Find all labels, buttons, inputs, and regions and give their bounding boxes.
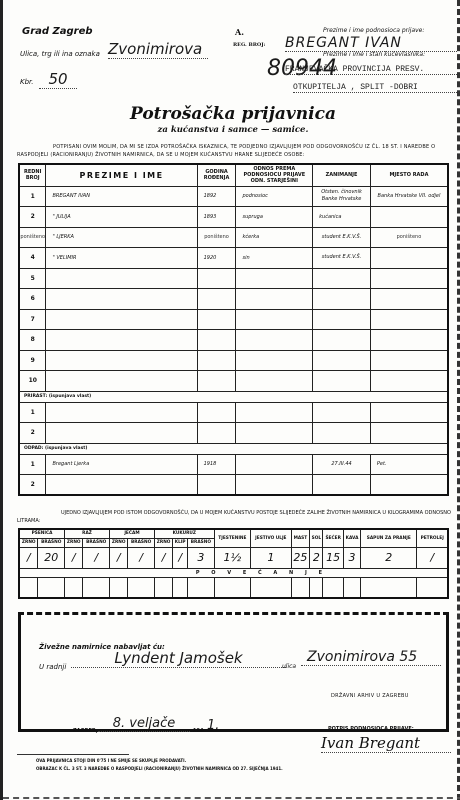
name-cell[interactable]: " VELIMIR xyxy=(46,248,197,269)
name-cell[interactable] xyxy=(46,475,197,496)
col-salt: SOL xyxy=(310,529,323,547)
workplace-cell[interactable] xyxy=(370,423,448,444)
name-cell[interactable] xyxy=(46,423,197,444)
row-number: 2 xyxy=(19,475,46,496)
owner-label: Prezime i ime i stan kućevlasnika: xyxy=(323,51,425,58)
col-header-name: PREZIME I IME xyxy=(46,164,197,186)
sub-grain: ZRNO xyxy=(154,538,172,547)
name-cell[interactable] xyxy=(46,289,197,310)
street-label: Ulica, trg ili ina oznaka xyxy=(20,50,100,58)
relation-cell[interactable] xyxy=(236,350,313,371)
year-cell[interactable] xyxy=(197,350,236,371)
row-number: 1 xyxy=(19,454,46,475)
supply-increase-cell[interactable] xyxy=(323,577,344,598)
applicant-field[interactable]: BREGANT IVAN xyxy=(285,35,457,52)
relation-cell[interactable]: supruga xyxy=(236,207,313,228)
city-label: Grad Zagreb xyxy=(22,26,93,37)
shop-name-field[interactable]: Lyndent Jamošek xyxy=(71,649,286,668)
workplace-cell[interactable] xyxy=(370,330,448,351)
supply-increase-cell[interactable] xyxy=(128,577,155,598)
page-title: Potrošačka prijavnica xyxy=(3,104,460,124)
supply-value[interactable]: 1½ xyxy=(214,547,250,568)
supply-value[interactable]: / xyxy=(110,547,128,568)
sub-flour: BRAŠNO xyxy=(38,538,65,547)
name-cell[interactable]: BREGANT IVAN xyxy=(46,186,197,207)
col-header-no: REDNI BROJ xyxy=(19,164,46,186)
table-row: 10 xyxy=(19,371,448,392)
row-number: 2 xyxy=(19,207,46,228)
year-cell[interactable] xyxy=(197,402,236,423)
occupation-cell[interactable]: student E.K.V.Š. xyxy=(313,248,371,269)
supply-increase-cell[interactable] xyxy=(173,577,188,598)
house-number-field[interactable]: 50 xyxy=(39,70,77,89)
cancelled-stamp: poništeno xyxy=(19,227,46,248)
year-cell[interactable]: 1918 xyxy=(197,454,236,475)
name-cell[interactable] xyxy=(46,330,197,351)
shop-section: Živežne namirnice nabavljat ću: U radnji… xyxy=(18,612,449,732)
sub-flour: BRAŠNO xyxy=(128,538,155,547)
relation-cell[interactable]: podnosioc xyxy=(236,186,313,207)
year-field[interactable]: 1. xyxy=(207,718,219,733)
year-cell[interactable]: 1893 xyxy=(197,207,236,228)
price-note: OVA PRIJAVNICA STOJI DIN 0'75 I NE SMIJE… xyxy=(36,758,186,763)
supply-value[interactable]: / xyxy=(173,547,188,568)
supply-value[interactable]: / xyxy=(154,547,172,568)
signature-label: POTPIS PODNOSIOCA PRIJAVE: xyxy=(328,726,414,732)
row-number: 10 xyxy=(19,371,46,392)
col-pasta: TJESTENINE xyxy=(214,529,250,547)
year-cell[interactable] xyxy=(197,289,236,310)
supply-value[interactable]: 2 xyxy=(310,547,323,568)
decrease-section-header: ODPAD: (ispunjava vlast) xyxy=(19,443,448,454)
supply-value[interactable]: / xyxy=(83,547,110,568)
occupation-cell[interactable]: kućanica xyxy=(313,207,371,228)
group-barley: JEČAM xyxy=(110,529,155,538)
relation-cell[interactable]: kćerka xyxy=(236,227,313,248)
street-field[interactable]: Zvonimirova xyxy=(108,40,208,59)
year-cell[interactable]: 1920 xyxy=(197,248,236,269)
workplace-cell[interactable] xyxy=(370,475,448,496)
relation-cell[interactable]: sin xyxy=(236,248,313,269)
workplace-cell[interactable] xyxy=(370,268,448,289)
owner-field-line2[interactable]: OTKUPITELJA , SPLIT -DOBRI xyxy=(293,83,457,93)
col-oil: JESTIVO ULJE xyxy=(251,529,291,547)
cancelled-stamp: poništeno xyxy=(370,227,448,248)
table-row: 7 xyxy=(19,309,448,330)
year-cell[interactable] xyxy=(197,371,236,392)
supplies-increase-row xyxy=(19,577,448,598)
group-wheat: PŠENICA xyxy=(19,529,65,538)
name-cell[interactable] xyxy=(46,268,197,289)
date-field[interactable]: 8. veljače xyxy=(98,716,190,732)
occupation-cell[interactable] xyxy=(313,402,371,423)
row-number: 5 xyxy=(19,268,46,289)
supply-value[interactable]: 15 xyxy=(323,547,344,568)
row-number: 9 xyxy=(19,350,46,371)
footnote-divider xyxy=(17,754,129,755)
relation-cell[interactable] xyxy=(236,423,313,444)
year-cell[interactable] xyxy=(197,475,236,496)
workplace-cell[interactable] xyxy=(370,309,448,330)
name-cell[interactable]: " LJERKA xyxy=(46,227,197,248)
increase-label: P O V E Ć A N J E xyxy=(19,568,448,577)
increase-row: 1 xyxy=(19,402,448,423)
supply-increase-cell[interactable] xyxy=(343,577,360,598)
declaration-text: UJEDNO IZJAVLJUJEM POD ISTOM ODGOVORNOŠĆ… xyxy=(17,509,457,525)
col-sugar: ŠEĆER xyxy=(323,529,344,547)
col-header-year: GODINA ROĐENJA xyxy=(197,164,236,186)
supply-increase-cell[interactable] xyxy=(83,577,110,598)
supplies-increase-header: P O V E Ć A N J E xyxy=(19,568,448,577)
table-row: 8 xyxy=(19,330,448,351)
supply-value[interactable]: 20 xyxy=(38,547,65,568)
name-cell[interactable]: Bregant Ljerka xyxy=(46,454,197,475)
workplace-cell[interactable] xyxy=(370,350,448,371)
sub-grain: ZRNO xyxy=(65,538,83,547)
increase-label: PRIRAST: (ispunjava vlast) xyxy=(19,391,448,402)
year-cell[interactable] xyxy=(197,330,236,351)
house-number-label: Kbr. xyxy=(20,78,34,86)
occupation-cell[interactable]: student E.K.V.Š. xyxy=(313,227,371,248)
supply-increase-cell[interactable] xyxy=(110,577,128,598)
year-cell[interactable] xyxy=(197,423,236,444)
household-header-row: REDNI BROJ PREZIME I IME GODINA ROĐENJA … xyxy=(19,164,448,186)
page-subtitle: za kućanstva i samce — samice. xyxy=(3,125,460,135)
sub-grain: ZRNO xyxy=(19,538,38,547)
supply-value[interactable]: 25 xyxy=(291,547,310,568)
signature-field[interactable]: Ivan Bregant xyxy=(321,734,451,753)
place-label: ZAGREB, xyxy=(73,728,98,734)
group-corn: KUKURUZ xyxy=(154,529,214,538)
decrease-row: 1 Bregant Ljerka 1918 27.III.44 Pet. xyxy=(19,454,448,475)
household-table: REDNI BROJ PREZIME I IME GODINA ROĐENJA … xyxy=(18,163,449,496)
archive-stamp: DRŽAVNI ARHIV U ZAGREBU xyxy=(331,693,409,699)
name-cell[interactable] xyxy=(46,402,197,423)
relation-cell[interactable] xyxy=(236,475,313,496)
occupation-cell[interactable] xyxy=(313,330,371,351)
table-row-cancelled: poništeno " LJERKA poništeno kćerka stud… xyxy=(19,227,448,248)
row-number: 1 xyxy=(19,402,46,423)
table-row: 2 " JULIJA 1893 supruga kućanica xyxy=(19,207,448,228)
supply-increase-cell[interactable] xyxy=(251,577,291,598)
table-row: 9 xyxy=(19,350,448,371)
regulation-note: OBRAZAC K ČL. 3 ST. 3 NAREDBE O RASPODJE… xyxy=(36,766,283,771)
increase-row: 2 xyxy=(19,423,448,444)
supply-increase-cell[interactable] xyxy=(291,577,310,598)
workplace-cell[interactable]: Banka Hrvatske VII. odjel xyxy=(370,186,448,207)
supply-value[interactable]: / xyxy=(65,547,83,568)
supply-value[interactable]: 3 xyxy=(188,547,215,568)
supply-increase-cell[interactable] xyxy=(19,577,38,598)
name-cell[interactable]: " JULIJA xyxy=(46,207,197,228)
page-edge xyxy=(3,797,460,799)
workplace-cell[interactable] xyxy=(370,371,448,392)
table-row: 4 " VELIMIR 1920 sin student E.K.V.Š. xyxy=(19,248,448,269)
decrease-label: ODPAD: (ispunjava vlast) xyxy=(19,443,448,454)
occupation-cell[interactable]: Otsten. činovnik Banke Hrvatske xyxy=(313,186,371,207)
series-label: A. xyxy=(235,27,244,37)
occupation-cell[interactable] xyxy=(313,289,371,310)
year-prefix: 194 xyxy=(193,728,203,734)
supply-increase-cell[interactable] xyxy=(38,577,65,598)
shop-street-field[interactable]: Zvonimirova 55 xyxy=(301,649,441,666)
sub-grain: ZRNO xyxy=(110,538,128,547)
table-row: 6 xyxy=(19,289,448,310)
col-header-relation: ODNOS PREMA PODNOSIOCU PRIJAVE ODN. STAR… xyxy=(236,164,313,186)
ration-application-form: Grad Zagreb Ulica, trg ili ina oznaka Zv… xyxy=(0,0,460,800)
year-cell[interactable] xyxy=(197,268,236,289)
sub-flour: BRAŠNO xyxy=(83,538,110,547)
supply-value[interactable]: / xyxy=(19,547,38,568)
supply-value[interactable]: 2 xyxy=(361,547,417,568)
workplace-cell[interactable] xyxy=(370,248,448,269)
relation-cell[interactable] xyxy=(236,268,313,289)
col-lard: MAST xyxy=(291,529,310,547)
supply-increase-cell[interactable] xyxy=(214,577,250,598)
workplace-cell[interactable] xyxy=(370,289,448,310)
sub-flour: BRAŠNO xyxy=(188,538,215,547)
shop-street-label: ulica xyxy=(282,663,296,670)
supply-increase-cell[interactable] xyxy=(188,577,215,598)
workplace-cell[interactable] xyxy=(370,207,448,228)
col-header-workplace: MJESTO RADA xyxy=(370,164,448,186)
supply-value[interactable]: 3 xyxy=(343,547,360,568)
name-cell[interactable] xyxy=(46,371,197,392)
shop-label: U radnji xyxy=(39,663,66,671)
supply-increase-cell[interactable] xyxy=(65,577,83,598)
supply-value[interactable]: / xyxy=(128,547,155,568)
decrease-row: 2 xyxy=(19,475,448,496)
cancelled-stamp: poništeno xyxy=(197,227,236,248)
increase-section-header: PRIRAST: (ispunjava vlast) xyxy=(19,391,448,402)
row-number: 7 xyxy=(19,309,46,330)
supplies-group-row: PŠENICA RAŽ JEČAM KUKURUZ TJESTENINE JES… xyxy=(19,529,448,538)
supply-increase-cell[interactable] xyxy=(361,577,417,598)
occupation-cell[interactable] xyxy=(313,423,371,444)
relation-cell[interactable] xyxy=(236,371,313,392)
reg-number-label: REG. BROJ: xyxy=(233,42,265,48)
supply-increase-cell[interactable] xyxy=(154,577,172,598)
supply-increase-cell[interactable] xyxy=(310,577,323,598)
row-number: 2 xyxy=(19,423,46,444)
sub-cob: KLIP xyxy=(173,538,188,547)
intro-text: POTPISANI OVIM MOLIM, DA MI SE IZDA POTR… xyxy=(17,143,457,159)
supply-value[interactable]: 1 xyxy=(251,547,291,568)
relation-cell[interactable] xyxy=(236,330,313,351)
col-header-occupation: ZANIMANJE xyxy=(313,164,371,186)
relation-cell[interactable] xyxy=(236,289,313,310)
group-rye: RAŽ xyxy=(65,529,110,538)
occupation-cell[interactable] xyxy=(313,371,371,392)
name-cell[interactable] xyxy=(46,350,197,371)
supply-increase-cell[interactable] xyxy=(417,577,448,598)
row-number: 4 xyxy=(19,248,46,269)
row-number: 8 xyxy=(19,330,46,351)
table-row: 5 xyxy=(19,268,448,289)
relation-cell[interactable] xyxy=(236,454,313,475)
table-row: 1 BREGANT IVAN 1892 podnosioc Otsten. či… xyxy=(19,186,448,207)
occupation-cell[interactable] xyxy=(313,475,371,496)
supplies-table: PŠENICA RAŽ JEČAM KUKURUZ TJESTENINE JES… xyxy=(18,528,449,599)
year-cell[interactable]: 1892 xyxy=(197,186,236,207)
relation-cell[interactable] xyxy=(236,309,313,330)
workplace-cell[interactable] xyxy=(370,402,448,423)
occupation-cell[interactable] xyxy=(313,350,371,371)
occupation-cell[interactable]: 27.III.44 xyxy=(313,454,371,475)
workplace-cell[interactable]: Pet. xyxy=(370,454,448,475)
supplies-values-row: / 20 / / / / / / 3 1½ 1 25 2 15 3 2 / xyxy=(19,547,448,568)
row-number: 6 xyxy=(19,289,46,310)
year-cell[interactable] xyxy=(197,309,236,330)
name-cell[interactable] xyxy=(46,309,197,330)
owner-field-line1[interactable]: FRANJEVAČKA PROVINCIJA PRESV. xyxy=(285,65,457,75)
relation-cell[interactable] xyxy=(236,402,313,423)
col-soap: SAPUN ZA PRANJE xyxy=(361,529,417,547)
row-number: 1 xyxy=(19,186,46,207)
col-petroleum: PETROLEJ xyxy=(417,529,448,547)
occupation-cell[interactable] xyxy=(313,309,371,330)
occupation-cell[interactable] xyxy=(313,268,371,289)
supply-value[interactable]: / xyxy=(417,547,448,568)
col-coffee: KAVA xyxy=(343,529,360,547)
applicant-label: Prezime i ime podnosioca prijave: xyxy=(323,27,424,34)
